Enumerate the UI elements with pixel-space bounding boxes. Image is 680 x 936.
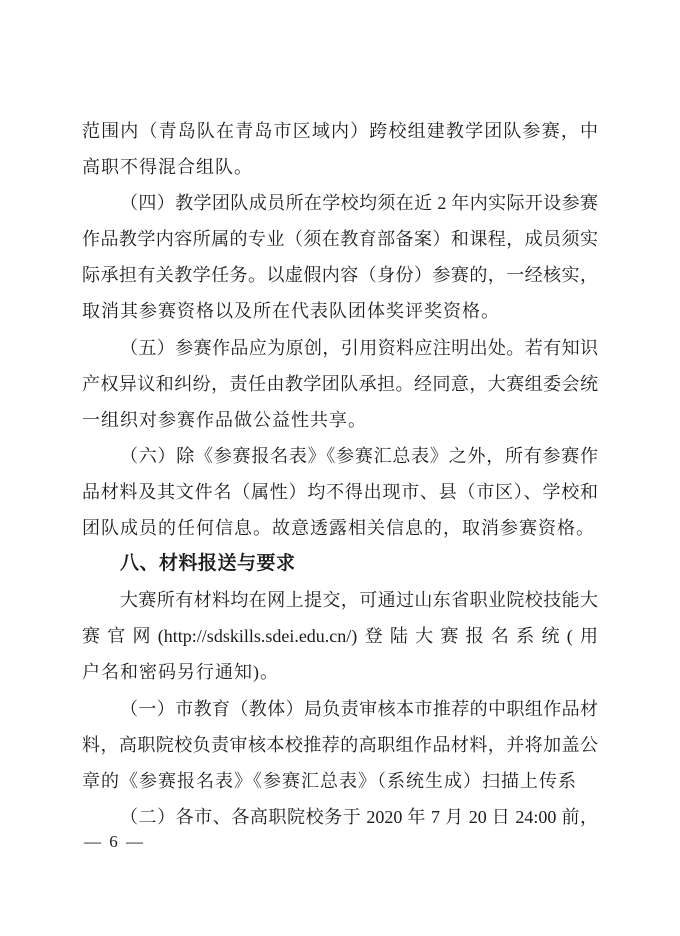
- text-line: 际承担有关教学任务。以虚假内容（身份）参赛的，一经核实，: [82, 257, 598, 293]
- text-line: 团队成员的任何信息。故意透露相关信息的，取消参赛资格。: [82, 510, 598, 546]
- text-line: 章的《参赛报名表》《参赛汇总表》（系统生成）扫描上传系统。: [82, 763, 598, 799]
- text-line: （四）教学团队成员所在学校均须在近 2 年内实际开设参赛: [82, 185, 598, 221]
- text-line: 产权异议和纠纷，责任由教学团队承担。经同意，大赛组委会统: [82, 366, 598, 402]
- text-line: 料，高职院校负责审核本校推荐的高职组作品材料，并将加盖公: [82, 727, 598, 763]
- section-heading: 八、材料报送与要求: [82, 546, 598, 582]
- text-line: 范围内（青岛队在青岛市区域内）跨校组建教学团队参赛，中职、: [82, 113, 598, 149]
- text-line: （二）各市、各高职院校务于 2020 年 7 月 20 日 24:00 前，: [82, 799, 598, 835]
- text-line: 户名和密码另行通知)。: [82, 654, 598, 690]
- text-line: （六）除《参赛报名表》《参赛汇总表》之外，所有参赛作: [82, 438, 598, 474]
- text-line: 大赛所有材料均在网上提交，可通过山东省职业院校技能大: [82, 582, 598, 618]
- text-line: 作品教学内容所属的专业（须在教育部备案）和课程，成员须实: [82, 221, 598, 257]
- document-body: 范围内（青岛队在青岛市区域内）跨校组建教学团队参赛，中职、 高职不得混合组队。 …: [82, 113, 598, 835]
- text-line: 一组织对参赛作品做公益性共享。: [82, 402, 598, 438]
- document-page: 范围内（青岛队在青岛市区域内）跨校组建教学团队参赛，中职、 高职不得混合组队。 …: [0, 0, 680, 936]
- text-line: 品材料及其文件名（属性）均不得出现市、县（市区）、学校和: [82, 474, 598, 510]
- page-number: — 6 —: [84, 832, 145, 852]
- text-line: （一）市教育（教体）局负责审核本市推荐的中职组作品材: [82, 691, 598, 727]
- text-line-with-url: 赛官网(http://sdskills.sdei.edu.cn/)登陆大赛报名系…: [82, 618, 598, 654]
- text-line: （五）参赛作品应为原创，引用资料应注明出处。若有知识: [82, 330, 598, 366]
- text-line: 取消其参赛资格以及所在代表队团体奖评奖资格。: [82, 293, 598, 329]
- text-line: 高职不得混合组队。: [82, 149, 598, 185]
